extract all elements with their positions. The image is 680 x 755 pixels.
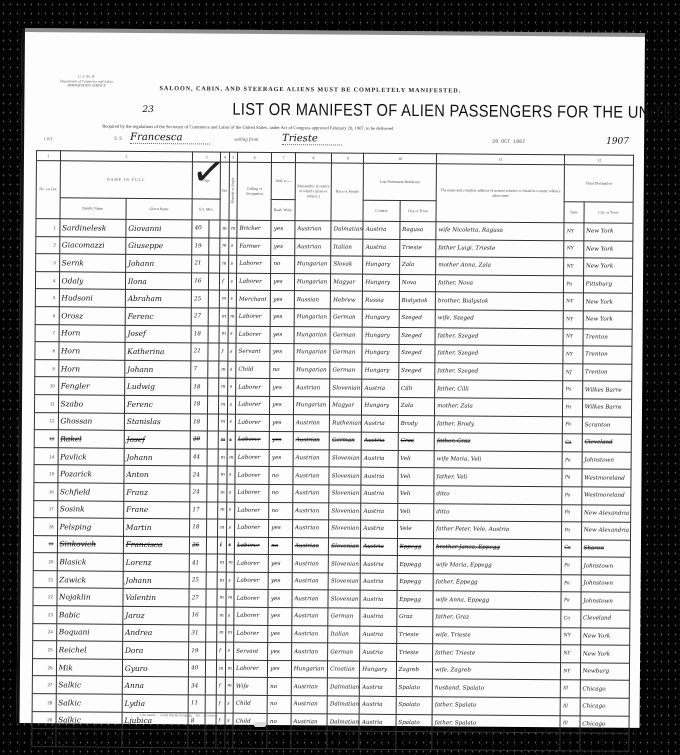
cell-occupation: Laborer — [233, 660, 267, 678]
cell-residence-country: Austria — [361, 520, 398, 538]
cell-marital-status: s — [225, 713, 234, 731]
header-given-name: Given Name — [126, 198, 192, 220]
cell-destination-city: New York — [583, 293, 632, 311]
cell-occupation: Merchant — [236, 291, 270, 309]
cell-residence-country: Hungary — [362, 397, 399, 415]
cell-destination-city: Sharon — [581, 540, 630, 558]
cell-family-name: Pozarick — [57, 465, 123, 483]
cell-nearest-relative: mother, Zala — [435, 398, 564, 417]
header-row: No. on List NAME IN FULL Age Sex Married… — [36, 161, 633, 203]
cell-age: 18 — [191, 413, 208, 431]
cell-row-number: 25 — [33, 641, 57, 659]
cell-destination-state: NY — [564, 258, 583, 276]
manifest-rows: 1SardineleskGiovanni40mmBrickeryesAustri… — [32, 219, 633, 751]
cell-residence-country: Austria — [361, 503, 398, 521]
cell-row-number: 5 — [35, 289, 59, 307]
cell-destination-state: NY — [563, 328, 582, 346]
cell-destination-city: Johnstown — [582, 452, 631, 470]
cell-family-name: Schfield — [57, 483, 123, 501]
cell-given-name: Johann — [124, 448, 190, 466]
cell-row-number: 20 — [33, 553, 57, 571]
cell-race: German — [330, 344, 362, 362]
cell-residence-country: Hungary — [362, 309, 399, 327]
cell-given-name: Francisca — [123, 536, 189, 554]
header-city-town: City or Town — [584, 202, 633, 223]
cell-residence-country: Austria — [360, 608, 397, 626]
cell-marital-status: s — [225, 607, 234, 625]
cell-occupation: Laborer — [234, 590, 268, 608]
cell-given-name: Jaroz — [123, 606, 189, 624]
cell-sex: m — [218, 414, 227, 432]
cell-occupation: Wife — [233, 678, 267, 696]
cell-destination-state: Pa — [564, 276, 583, 294]
cell-nearest-relative: husband, Spalato — [432, 679, 561, 698]
cell-race: Slovak — [331, 256, 363, 274]
cell-nationality: Austrian — [293, 467, 330, 485]
cell-race: Slovenian — [328, 590, 360, 608]
cell-row-number: 18 — [34, 518, 58, 536]
cell-row-number: 10 — [35, 377, 59, 395]
cell-destination-state: Ill — [561, 680, 580, 698]
cell-destination-state: Pa — [563, 381, 582, 399]
cell-age: 21 — [192, 255, 209, 273]
cell-age: 27 — [191, 308, 208, 326]
manifest-notice: SALOON, CABIN, AND STEERAGE ALIENS MUST … — [160, 85, 462, 94]
cell-read-write: yes — [271, 220, 295, 238]
cell-nationality: Austrian — [292, 555, 329, 573]
cell-occupation: Bricker — [237, 220, 271, 238]
cell-given-name: Andrea — [123, 624, 189, 642]
cell-residence-city: Graz — [397, 609, 434, 627]
header-read-write: Read. Write. — [271, 199, 295, 220]
cell-row-number: 22 — [33, 588, 57, 606]
cell-destination-city: New York — [583, 311, 632, 329]
cell-residence-city: Eppegg — [397, 538, 434, 556]
cell-row-number: 27 — [32, 676, 56, 694]
cell-marital-status: m — [228, 308, 237, 326]
cell-residence-country: Austria — [362, 380, 399, 398]
cell-destination-state: NY — [564, 240, 583, 258]
cell-sex: f — [216, 677, 225, 695]
cell-family-name: Horn — [58, 360, 124, 378]
cell-destination-state: NY — [563, 346, 582, 364]
col-num: 9 — [332, 153, 364, 163]
cell-marital-status: s — [227, 414, 236, 432]
cell-marital-status: s — [224, 730, 233, 748]
cell-given-name: Valentin — [123, 589, 189, 607]
cell-nearest-relative: father, Szeged — [435, 345, 564, 364]
cell-age-months — [207, 466, 218, 484]
cell-family-name: Odaly — [59, 272, 125, 290]
cell-residence-city: Veli — [397, 485, 434, 503]
cell-nearest-relative: wife, Zagreb — [432, 662, 561, 681]
cell-residence-city: Veli — [398, 450, 435, 468]
cell-marital-status: m — [225, 678, 234, 696]
cell-marital-status: s — [225, 642, 234, 660]
cell-residence-country: Austria — [361, 538, 398, 556]
cell-age-months — [207, 501, 218, 519]
cell-age-months — [209, 290, 220, 308]
cell-read-write: no — [269, 502, 293, 520]
cell-residence-country: Austria — [361, 485, 398, 503]
cell-family-name: Salkic — [55, 729, 121, 747]
cell-residence-city: Szeged — [399, 309, 436, 327]
cell-residence-country: Hungary — [362, 344, 399, 362]
cell-row-number: 11 — [34, 395, 58, 413]
cell-destination-state: NY — [561, 663, 580, 681]
cell-destination-state: Pa — [562, 469, 581, 487]
cell-residence-city: Szeged — [399, 327, 436, 345]
cell-nationality: Hungarian — [294, 309, 331, 327]
cell-given-name: Lydia — [122, 694, 188, 712]
cell-age: 19 — [192, 237, 209, 255]
cell-residence-city: Bialystok — [399, 292, 436, 310]
cell-given-name: Katherina — [125, 342, 191, 360]
cell-race: Italian — [328, 626, 360, 644]
cell-sex: m — [219, 326, 228, 344]
cell-sex: f — [217, 642, 226, 660]
cell-destination-city: New Alexandria — [581, 522, 630, 540]
cell-read-write: no — [269, 484, 293, 502]
cell-sex: m — [218, 449, 227, 467]
cell-sex: m — [217, 572, 226, 590]
cell-read-write: no — [269, 537, 293, 555]
cell-nearest-relative: father Peter, Vele, Austria — [434, 521, 563, 540]
list-label: LIST — [44, 136, 52, 141]
cell-residence-country: Austria — [363, 221, 400, 239]
cell-family-name: Sardinelesk — [59, 219, 125, 237]
cell-residence-country: Austria — [362, 415, 399, 433]
cell-given-name: Frane — [124, 501, 190, 519]
cell-read-write: yes — [270, 344, 294, 362]
cell-nationality: Austrian — [295, 221, 332, 239]
cell-sex: m — [219, 378, 228, 396]
cell-nearest-relative: father, Szeged — [435, 363, 564, 382]
dept-line-3: IMMIGRATION SERVICE — [37, 83, 137, 88]
cell-read-write: yes — [270, 308, 294, 326]
cell-marital-status: s — [225, 695, 234, 713]
cell-age-months — [206, 642, 217, 660]
cell-nearest-relative: father, Nova — [436, 275, 565, 294]
cell-given-name: Dora — [122, 642, 188, 660]
cell-occupation: Laborer — [235, 519, 269, 537]
cell-age-months — [209, 220, 220, 238]
cell-age-months — [207, 431, 218, 449]
cell-destination-city: New York — [584, 223, 633, 241]
cell-age-months — [208, 378, 219, 396]
cell-destination-city: New York — [583, 258, 632, 276]
cell-age: 25 — [189, 572, 206, 590]
cell-nationality: Austrian — [291, 696, 328, 714]
cell-sex: m — [220, 238, 229, 256]
cell-occupation: Laborer — [235, 467, 269, 485]
cell-age-months — [207, 449, 218, 467]
cell-family-name: Mik — [56, 659, 122, 677]
cell-residence-country: Austria — [361, 555, 398, 573]
cell-race: Slovenian — [329, 520, 361, 538]
cell-family-name: Giacomazzi — [59, 236, 125, 254]
cell-family-name: Orosz — [59, 307, 125, 325]
cell-sex: m — [218, 396, 227, 414]
cell-age-months — [209, 273, 220, 291]
cell-destination-city: Wilkes Barre — [582, 381, 631, 399]
cell-destination-state: NY — [561, 627, 580, 645]
cell-occupation: Laborer — [234, 537, 268, 555]
cell-residence-city: Trieste — [396, 626, 433, 644]
cell-given-name: Gyuro — [122, 659, 188, 677]
cell-occupation: Laborer — [236, 396, 270, 414]
cell-marital-status: m — [225, 660, 234, 678]
cell-sex: f — [219, 273, 228, 291]
cell-occupation: Laborer — [236, 308, 270, 326]
cell-destination-city: Johnstown — [581, 592, 630, 610]
cell-nationality: Hungarian — [294, 256, 331, 274]
cell-family-name: Sosink — [57, 500, 123, 518]
header-country: Country — [363, 200, 400, 221]
cell-nationality: Austrian — [293, 414, 330, 432]
header-last-residence: Last Permanent Residence — [363, 163, 436, 201]
cell-destination-state: Pa — [562, 504, 581, 522]
cell-age-months — [209, 255, 220, 273]
cell-destination-state: NY — [564, 311, 583, 329]
cell-nationality: Russian — [294, 291, 331, 309]
cell-race: Italian — [331, 239, 363, 257]
cell-sex: m — [217, 590, 226, 608]
cell-marital-status: m — [225, 590, 234, 608]
cell-row-number: 21 — [33, 570, 57, 588]
cell-residence-city: Veli — [398, 468, 435, 486]
cell-age: 40 — [189, 660, 206, 678]
cell-given-name: Martin — [123, 518, 189, 536]
cell-nationality: Austrian — [293, 485, 330, 503]
cell-residence-city: Trieste — [396, 644, 433, 662]
cell-row-number: 3 — [36, 254, 60, 272]
cell-age: 25 — [191, 290, 208, 308]
cell-marital-status: s — [226, 537, 235, 555]
cell-destination-city: Cleveland — [582, 434, 631, 452]
cell-row-number: 4 — [35, 271, 59, 289]
cell-given-name: Ivan — [122, 730, 188, 748]
cell-family-name: Pelsping — [57, 518, 123, 536]
cell-sex: f — [216, 695, 225, 713]
cell-given-name: Ferenc — [125, 307, 191, 325]
cell-age-months — [208, 414, 219, 432]
cell-destination-city: New York — [580, 628, 629, 646]
cell-age: 34 — [188, 677, 205, 695]
cell-race: Magyar — [330, 397, 362, 415]
cell-race: Slovenian — [329, 450, 361, 468]
cell-destination-state: Ill — [560, 733, 579, 751]
cell-age: 31 — [189, 624, 206, 642]
cell-age-months — [207, 484, 218, 502]
cell-read-write: yes — [268, 590, 292, 608]
cell-destination-city: Westmoreland — [582, 469, 631, 487]
cell-read-write: yes — [270, 396, 294, 414]
cell-marital-status: s — [227, 396, 236, 414]
cell-nearest-relative: mother Anna, Zala — [436, 257, 565, 276]
col-num: 6 — [238, 152, 272, 162]
cell-sex: m — [219, 361, 228, 379]
cell-destination-state: Pa — [562, 487, 581, 505]
cell-read-write: no — [269, 467, 293, 485]
cell-row-number: 26 — [32, 658, 56, 676]
cell-occupation: Child — [233, 695, 267, 713]
cell-sex: m — [218, 431, 227, 449]
cell-residence-city: Zagreb — [396, 661, 433, 679]
cell-residence-city: Vele — [397, 521, 434, 539]
cell-residence-country: Hungary — [362, 327, 399, 345]
cell-nationality: Hungarian — [291, 660, 328, 678]
cell-family-name: Reichel — [56, 641, 122, 659]
cell-nationality: Austrian — [292, 608, 329, 626]
cell-nationality: Hungarian — [294, 344, 331, 362]
cell-nearest-relative: wife Anna, Eppegg — [433, 591, 562, 610]
cell-residence-country: Austria — [360, 591, 397, 609]
cell-row-number: 30 — [32, 729, 56, 747]
cell-residence-country: Austria — [359, 714, 396, 732]
cell-age-months — [206, 607, 217, 625]
cell-nearest-relative: ditto — [434, 486, 563, 505]
cell-destination-city: Pittsburg — [583, 276, 632, 294]
cell-read-write: yes — [270, 414, 294, 432]
col-num: 5 — [229, 152, 238, 162]
cell-nationality: Hungarian — [294, 326, 331, 344]
cell-age: 16 — [192, 273, 209, 291]
cell-residence-country: Austria — [359, 731, 396, 749]
cell-read-write: yes — [269, 555, 293, 573]
cell-residence-city: Trieste — [399, 239, 436, 257]
cell-age-months — [206, 660, 217, 678]
cell-age-months — [208, 396, 219, 414]
cell-family-name: Babic — [56, 606, 122, 624]
cell-nationality: Austrian — [292, 590, 329, 608]
cell-destination-state: Ca — [561, 610, 580, 628]
cell-row-number: 13 — [34, 430, 58, 448]
sheet-mark: 23 — [142, 105, 154, 115]
cell-row-number: 29 — [32, 711, 56, 729]
cell-residence-city: Spalato — [396, 732, 433, 750]
cell-residence-city: Eppegg — [397, 573, 434, 591]
cell-read-write: yes — [268, 572, 292, 590]
cell-nearest-relative: father, Szeged — [435, 327, 564, 346]
cell-destination-city: New York — [583, 241, 632, 259]
cell-age-months — [208, 326, 219, 344]
cell-age-months — [208, 343, 219, 361]
cell-read-write: yes — [270, 432, 294, 450]
cell-residence-city: Spalato — [396, 714, 433, 732]
cell-marital-status: s — [228, 273, 237, 291]
cell-nationality: Austrian — [291, 731, 328, 749]
cell-race: German — [329, 432, 361, 450]
cell-age: 26 — [190, 537, 207, 555]
header-family-name: Family Name — [60, 198, 126, 220]
cell-sex: m — [218, 484, 227, 502]
large-check-mark: ✓ — [189, 147, 229, 197]
header-list-no: No. on List — [36, 161, 60, 219]
cell-occupation: Servant — [236, 343, 270, 361]
cell-nationality: Austrian — [291, 678, 328, 696]
cell-read-write: no — [267, 731, 291, 749]
cell-race: Dalmatian — [327, 714, 359, 732]
cell-marital-status: s — [227, 361, 236, 379]
cell-age-months — [205, 695, 216, 713]
header-yrs-mos: Yrs. Mos. — [192, 199, 220, 220]
cell-age: 24 — [190, 484, 207, 502]
cell-destination-state: Ca — [563, 434, 582, 452]
header-final-destination: Final Destination — [565, 165, 634, 203]
header-able-to: Able to — — [271, 162, 295, 199]
header-nationality: Nationality. (Country of which citizen o… — [295, 163, 332, 221]
cell-read-write: yes — [268, 625, 292, 643]
cell-age: 16 — [189, 607, 206, 625]
cell-age: 41 — [189, 554, 206, 572]
cell-occupation: Laborer — [235, 414, 269, 432]
cell-age: 18 — [191, 396, 208, 414]
header-city: City or Town — [400, 200, 437, 221]
cell-read-write: no — [267, 713, 291, 731]
cell-occupation: Laborer — [235, 484, 269, 502]
cell-age-months — [209, 238, 220, 256]
cell-destination-state: Ill — [561, 698, 580, 716]
manifest-table: 1 2 3 4 5 6 7 8 9 10 11 12 No. on List N… — [31, 150, 634, 751]
cell-destination-city: Johnstown — [581, 557, 630, 575]
cell-nationality: Austrian — [292, 573, 329, 591]
header-state: State — [564, 202, 583, 223]
cell-age: 27 — [189, 589, 206, 607]
cell-residence-country: Hungary — [362, 362, 399, 380]
cell-age-months — [207, 537, 218, 555]
cell-nearest-relative: wife Nicoletta, Ragusa — [436, 222, 565, 241]
cell-family-name: Fengler — [58, 377, 124, 395]
cell-residence-city: Eppegg — [397, 591, 434, 609]
cell-sex: f — [219, 343, 228, 361]
cell-residence-city: Nova — [399, 274, 436, 292]
cell-residence-city: Ragusa — [400, 221, 437, 239]
cell-row-number: 14 — [34, 447, 58, 465]
cell-race: Dalmatian — [327, 731, 359, 749]
cell-residence-country: Hungary — [360, 661, 397, 679]
cell-destination-city: New York — [580, 645, 629, 663]
cell-age-months — [208, 308, 219, 326]
cell-marital-status: m — [228, 220, 237, 238]
cell-occupation: Servant — [234, 642, 268, 660]
cell-occupation: Laborer — [235, 431, 269, 449]
cell-given-name: Abraham — [125, 290, 191, 308]
cell-nationality: Austrian — [295, 238, 332, 256]
cell-nearest-relative: wife Maria, Veli — [434, 450, 563, 469]
departure-port: Trieste — [282, 133, 342, 145]
cell-sex: m — [220, 220, 229, 238]
cell-destination-state: NY — [564, 223, 583, 241]
cell-marital-status: s — [226, 519, 235, 537]
cell-residence-country: Austria — [360, 643, 397, 661]
cell-destination-city: Trenton — [583, 346, 632, 364]
cell-destination-state: Ca — [562, 539, 581, 557]
cell-destination-state: Pa — [563, 416, 582, 434]
cell-nearest-relative: father, Graz — [433, 609, 562, 628]
col-num: 8 — [295, 153, 331, 163]
manifest-page: U. S. No. B. Department of Commerce and … — [17, 28, 645, 728]
cell-age: 18 — [191, 378, 208, 396]
cell-destination-city: Chicago — [580, 733, 629, 751]
cell-sex: m — [216, 660, 225, 678]
cell-age-months — [206, 572, 217, 590]
cell-race: German — [330, 326, 362, 344]
cell-sex: m — [217, 519, 226, 537]
cell-given-name: Johann — [125, 255, 191, 273]
cell-row-number: 1 — [36, 219, 60, 237]
cell-nationality: Austrian — [291, 713, 328, 731]
